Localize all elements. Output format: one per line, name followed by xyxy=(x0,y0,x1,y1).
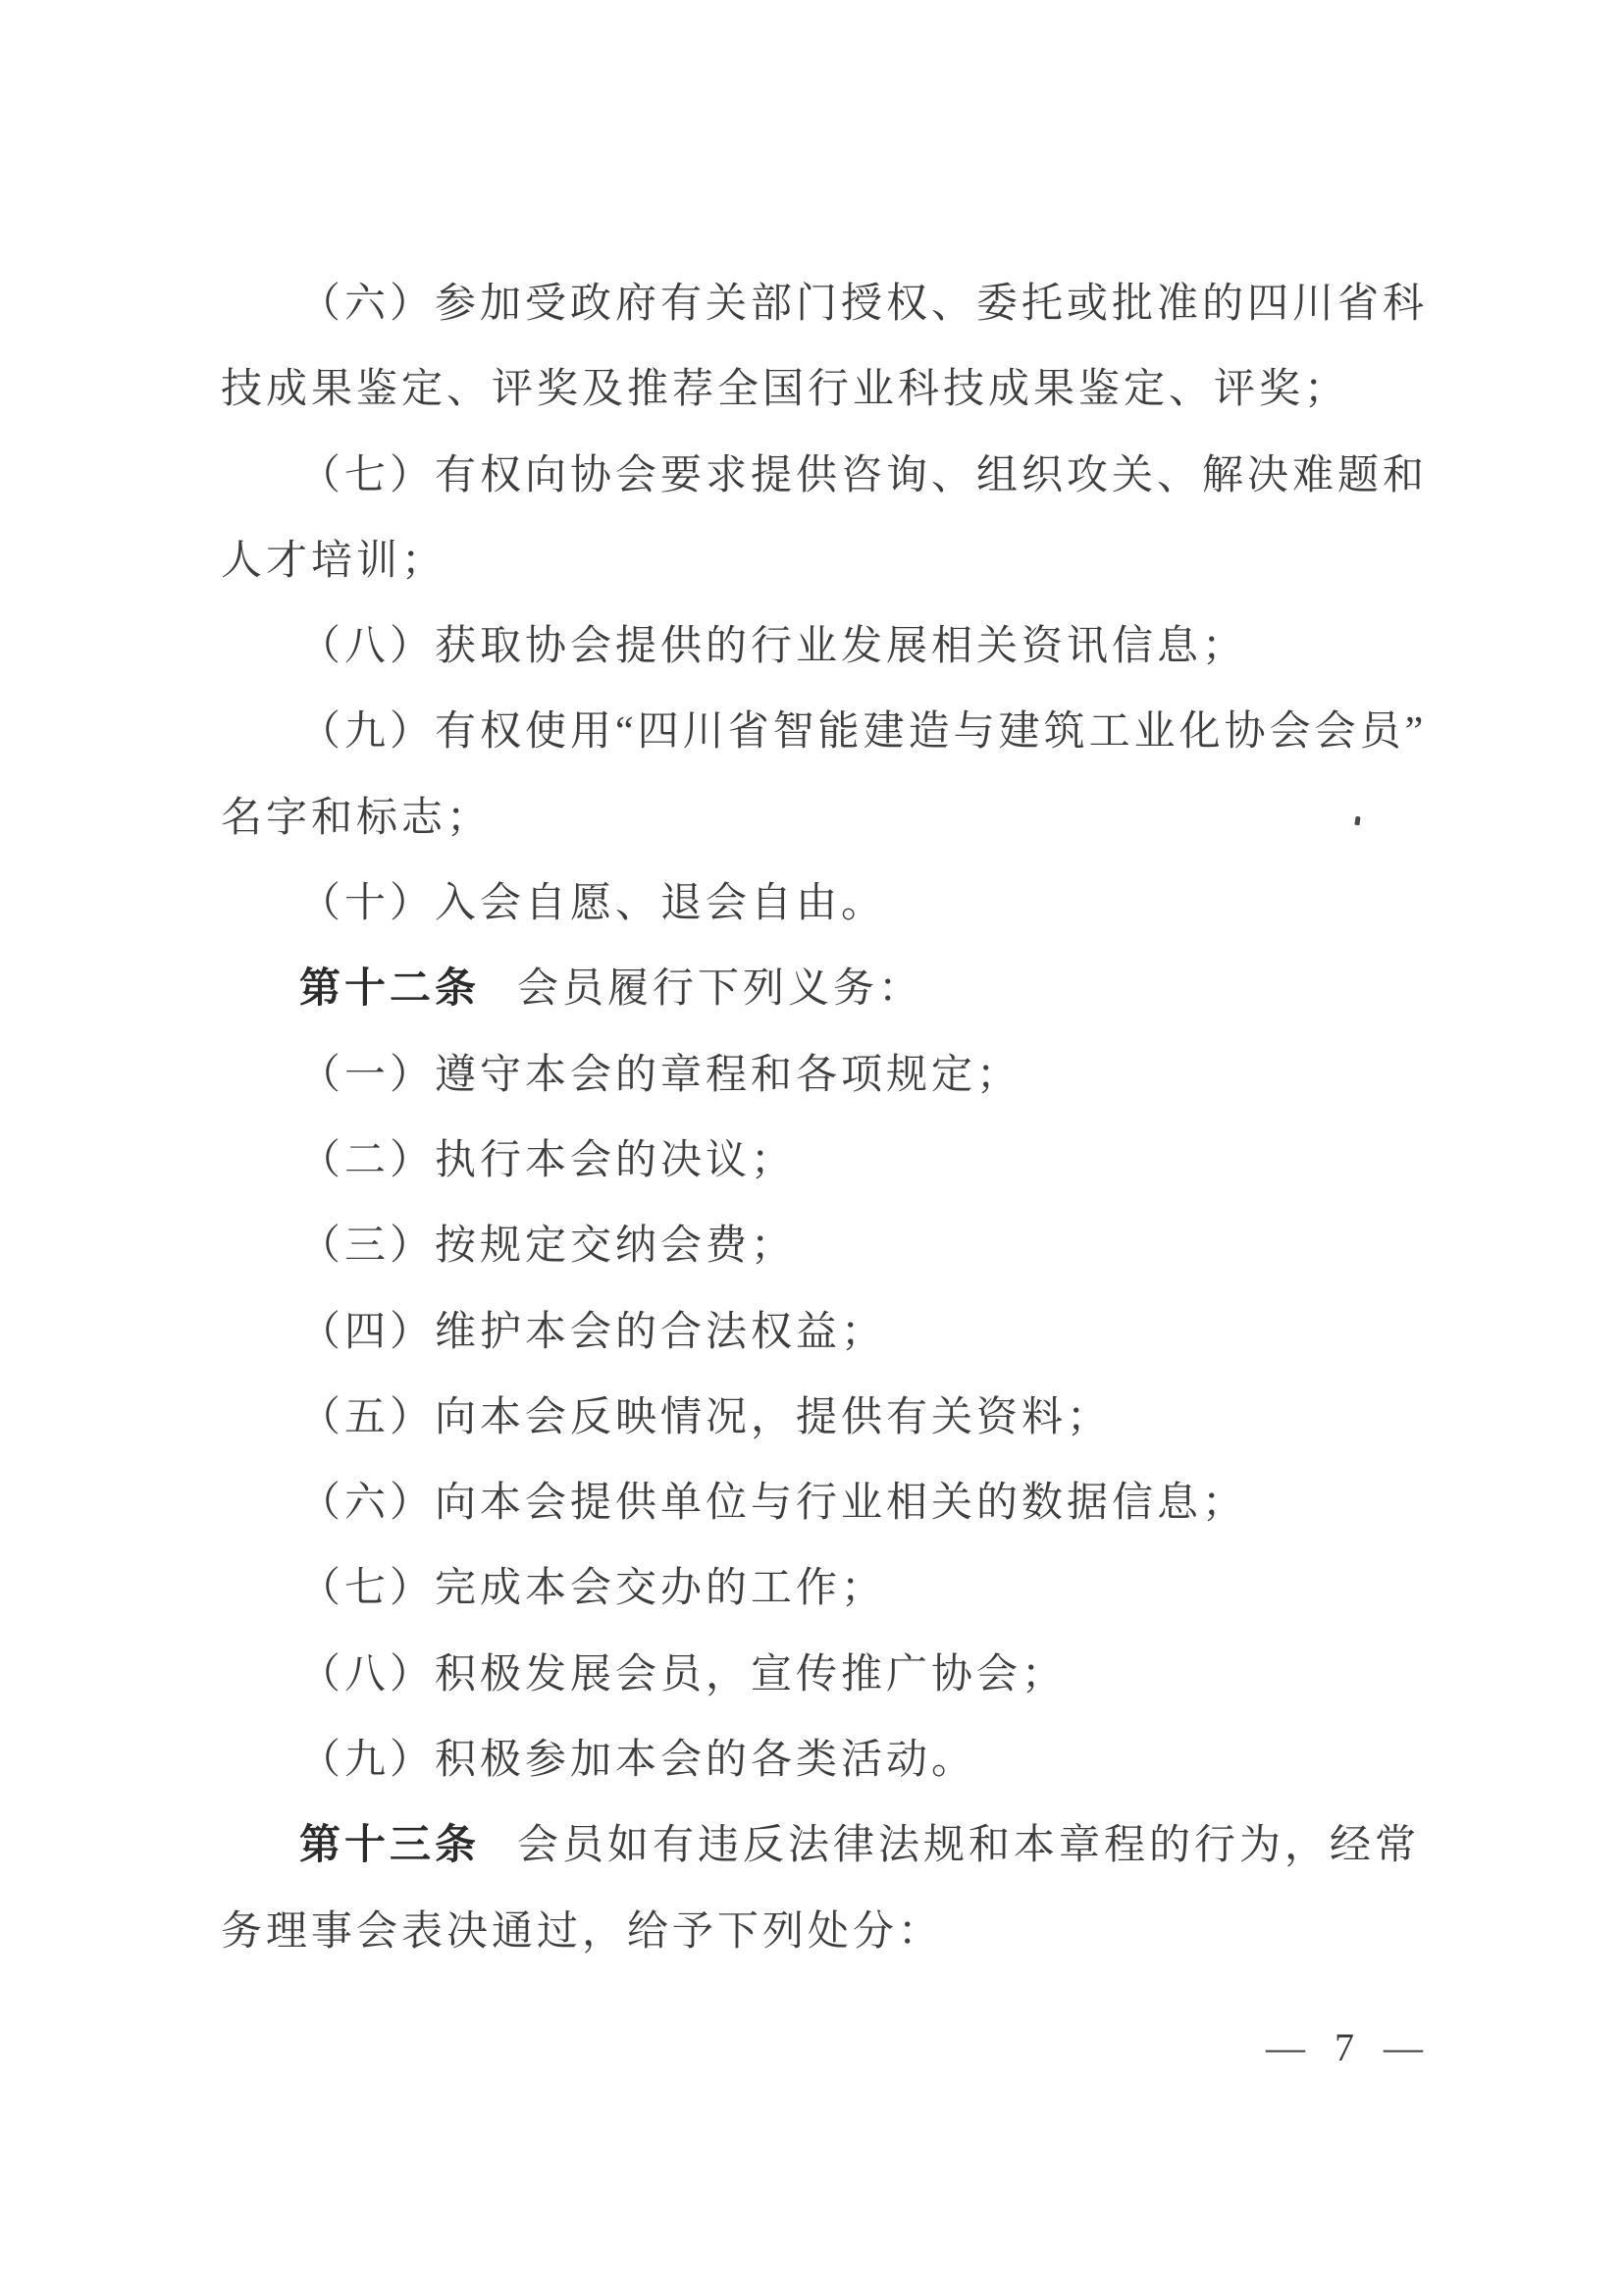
clause-6-rights-line-2: 技成果鉴定、评奖及推荐全国行业科技成果鉴定、评奖； xyxy=(221,347,1487,433)
duty-6: （六）向本会提供单位与行业相关的数据信息； xyxy=(221,1461,1487,1546)
page-number: — 7 — xyxy=(1266,2023,1433,2072)
clause-9-rights-line-2: 名字和标志； xyxy=(221,776,1487,861)
document-body: （六）参加受政府有关部门授权、委托或批准的四川省科 技成果鉴定、评奖及推荐全国行… xyxy=(221,262,1487,1975)
clause-6-rights-line-1: （六）参加受政府有关部门授权、委托或批准的四川省科 xyxy=(221,262,1487,347)
clause-9-rights-line-1: （九）有权使用“四川省智能建造与建筑工业化协会会员” xyxy=(221,690,1487,775)
clause-7-rights-line-2: 人才培训； xyxy=(221,519,1487,604)
clause-8-rights: （八）获取协会提供的行业发展相关资讯信息； xyxy=(221,604,1487,690)
article-12-number: 第十二条 xyxy=(299,966,480,1012)
duty-4: （四）维护本会的合法权益； xyxy=(221,1290,1487,1376)
article-12-heading: 第十二条会员履行下列义务： xyxy=(221,947,1487,1032)
article-13-text-line-1: 会员如有违反法律法规和本章程的行为，经常 xyxy=(517,1823,1420,1868)
duty-7: （七）完成本会交办的工作； xyxy=(221,1546,1487,1632)
duty-3: （三）按规定交纳会费； xyxy=(221,1204,1487,1289)
article-13-text-line-2: 务理事会表决通过，给予下列处分： xyxy=(221,1890,1487,1975)
duty-2: （二）执行本会的决议； xyxy=(221,1119,1487,1204)
clause-10-rights: （十）入会自愿、退会自由。 xyxy=(221,861,1487,947)
document-page: （六）参加受政府有关部门授权、委托或批准的四川省科 技成果鉴定、评奖及推荐全国行… xyxy=(0,0,1623,2296)
article-12-text: 会员履行下列义务： xyxy=(517,966,923,1012)
duty-5: （五）向本会反映情况，提供有关资料； xyxy=(221,1376,1487,1461)
article-13-number: 第十三条 xyxy=(299,1823,480,1868)
duty-8: （八）积极发展会员，宣传推广协会； xyxy=(221,1633,1487,1718)
duty-1: （一）遵守本会的章程和各项规定； xyxy=(221,1033,1487,1119)
article-13-heading: 第十三条会员如有违反法律法规和本章程的行为，经常 xyxy=(221,1803,1487,1889)
duty-9: （九）积极参加本会的各类活动。 xyxy=(221,1718,1487,1803)
clause-7-rights-line-1: （七）有权向协会要求提供咨询、组织攻关、解决难题和 xyxy=(221,434,1487,519)
